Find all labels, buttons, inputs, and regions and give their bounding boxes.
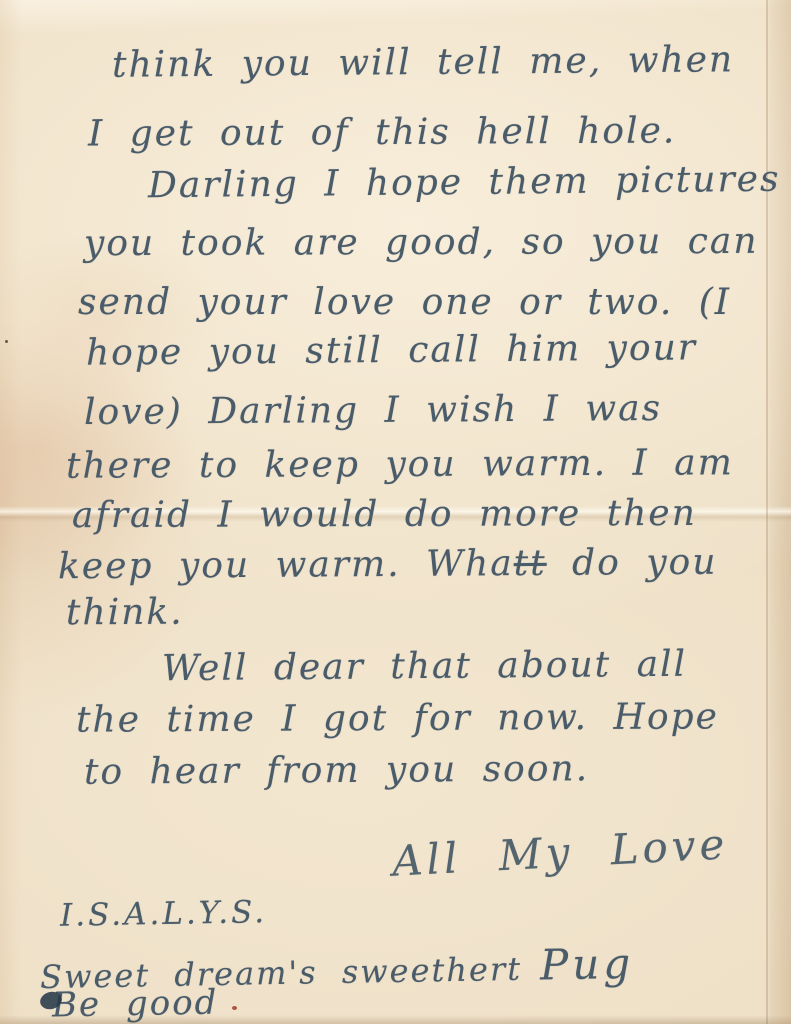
postscript-be-good: Be good [52, 983, 219, 1024]
letter-text: keep you warm. Wha [58, 543, 514, 587]
paper-right-edge [766, 0, 768, 1024]
letter-line: Darling I hope them pictures [148, 159, 781, 207]
signature: Pug [540, 939, 635, 990]
letter-line: Well dear that about all [162, 644, 687, 690]
letter-page: think you will tell me, when I get out o… [0, 0, 791, 1024]
postscript-acronym: I.S.A.L.Y.S. [60, 894, 268, 934]
paper-speck [5, 340, 8, 343]
letter-line: send your love one or two. (I [78, 282, 731, 323]
red-speck [232, 1006, 237, 1010]
letter-line: to hear from you soon. [84, 748, 589, 793]
strikethrough-text: tt [514, 543, 547, 584]
letter-line: there to keep you warm. I am [66, 442, 734, 486]
letter-text: do you [547, 542, 718, 584]
letter-line: I get out of this hell hole. [88, 110, 677, 154]
letter-line: hope you still call him your [86, 327, 697, 373]
letter-line: think. [66, 592, 184, 634]
letter-line: think you will tell me, when [112, 39, 734, 85]
letter-line-with-strikethrough: keep you warm. Whatt do you [58, 542, 718, 588]
closing-salutation: All My Love [391, 819, 729, 886]
letter-line: you took are good, so you can [84, 221, 759, 264]
letter-line: love) Darling I wish I was [84, 388, 662, 433]
letter-line: afraid I would do more then [72, 493, 697, 536]
letter-line: the time I got for now. Hope [76, 696, 719, 740]
